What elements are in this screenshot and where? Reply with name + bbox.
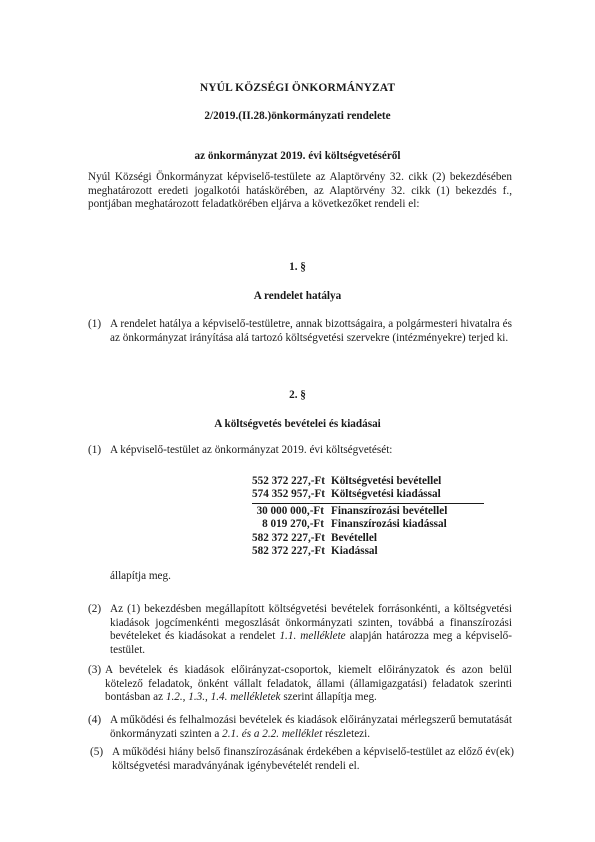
budget-row: 574 352 957,-Ft Költségvetési kiadással	[252, 488, 484, 501]
paragraph-number: (2)	[88, 603, 101, 617]
section-2-paragraph-5: (5) A működési hiány belső finanszírozás…	[90, 746, 514, 773]
paragraph-number: (4)	[88, 714, 101, 728]
paragraph-text: A rendelet hatálya a képviselő-testületr…	[110, 318, 512, 345]
divider-line	[252, 503, 484, 504]
budget-label: Finanszírozási bevétellel	[331, 505, 447, 518]
paragraph-number: (1)	[88, 444, 101, 458]
annex-reference: 1.2., 1.3., 1.4. mellékletek	[166, 691, 281, 703]
budget-label: Bevétellel	[331, 532, 377, 545]
section-1-paragraph-1: (1) A rendelet hatálya a képviselő-testü…	[88, 318, 512, 345]
budget-amount: 8 019 270,-Ft	[252, 518, 324, 531]
paragraph-number: (3)	[88, 664, 101, 678]
section-2-paragraph-3: (3) A bevételek és kiadások előirányzat-…	[88, 664, 512, 705]
section-2-title: A költségvetés bevételei és kiadásai	[0, 418, 595, 432]
budget-label: Költségvetési bevétellel	[331, 475, 441, 488]
preamble: Nyúl Községi Önkormányzat képviselő-test…	[88, 171, 512, 212]
annex-reference: 2.1. és a 2.2. melléklet	[222, 728, 322, 740]
budget-amount: 582 372 227,-Ft	[252, 532, 324, 545]
text-part: szerint állapítja meg.	[281, 691, 377, 703]
budget-row: 582 372 227,-Ft Bevétellel	[252, 532, 484, 545]
paragraph-text: A működési hiány belső finanszírozásának…	[112, 746, 514, 773]
budget-label: Költségvetési kiadással	[331, 488, 441, 501]
budget-amount: 552 372 227,-Ft	[252, 475, 324, 488]
budget-row: 8 019 270,-Ft Finanszírozási kiadással	[252, 518, 484, 531]
section-2-paragraph-4: (4) A működési és felhalmozási bevételek…	[88, 714, 512, 741]
budget-table: 552 372 227,-Ft Költségvetési bevétellel…	[252, 475, 484, 558]
paragraph-number: (1)	[88, 318, 101, 332]
paragraph-text: Az (1) bekezdésben megállapított költség…	[110, 603, 512, 657]
text-part: részletezi.	[322, 728, 370, 740]
document-title: NYÚL KÖZSÉGI ÖNKORMÁNYZAT	[0, 82, 595, 96]
section-2-paragraph-1: (1) A képviselő-testület az önkormányzat…	[88, 444, 512, 458]
decree-subject: az önkormányzat 2019. évi költségvetésér…	[0, 150, 595, 164]
budget-row: 582 372 227,-Ft Kiadással	[252, 545, 484, 558]
paragraph-text: A bevételek és kiadások előirányzat-csop…	[105, 664, 512, 705]
budget-amount: 30 000 000,-Ft	[252, 505, 324, 518]
paragraph-number: (5)	[90, 746, 103, 760]
budget-label: Kiadással	[331, 545, 378, 558]
section-1-title: A rendelet hatálya	[0, 290, 595, 304]
budget-row: 30 000 000,-Ft Finanszírozási bevétellel	[252, 505, 484, 518]
paragraph-1-closing: állapítja meg.	[110, 570, 171, 584]
section-1-number: 1. §	[0, 261, 595, 275]
paragraph-text: A képviselő-testület az önkormányzat 201…	[110, 444, 512, 458]
paragraph-text: A működési és felhalmozási bevételek és …	[110, 714, 512, 741]
budget-row: 552 372 227,-Ft Költségvetési bevétellel	[252, 475, 484, 488]
budget-amount: 574 352 957,-Ft	[252, 488, 324, 501]
budget-label: Finanszírozási kiadással	[331, 518, 447, 531]
decree-number: 2/2019.(II.28.)önkormányzati rendelete	[0, 110, 595, 124]
annex-reference: 1.1. melléklete	[279, 630, 345, 642]
section-2-paragraph-2: (2) Az (1) bekezdésben megállapított köl…	[88, 603, 512, 657]
section-2-number: 2. §	[0, 389, 595, 403]
budget-amount: 582 372 227,-Ft	[252, 545, 324, 558]
